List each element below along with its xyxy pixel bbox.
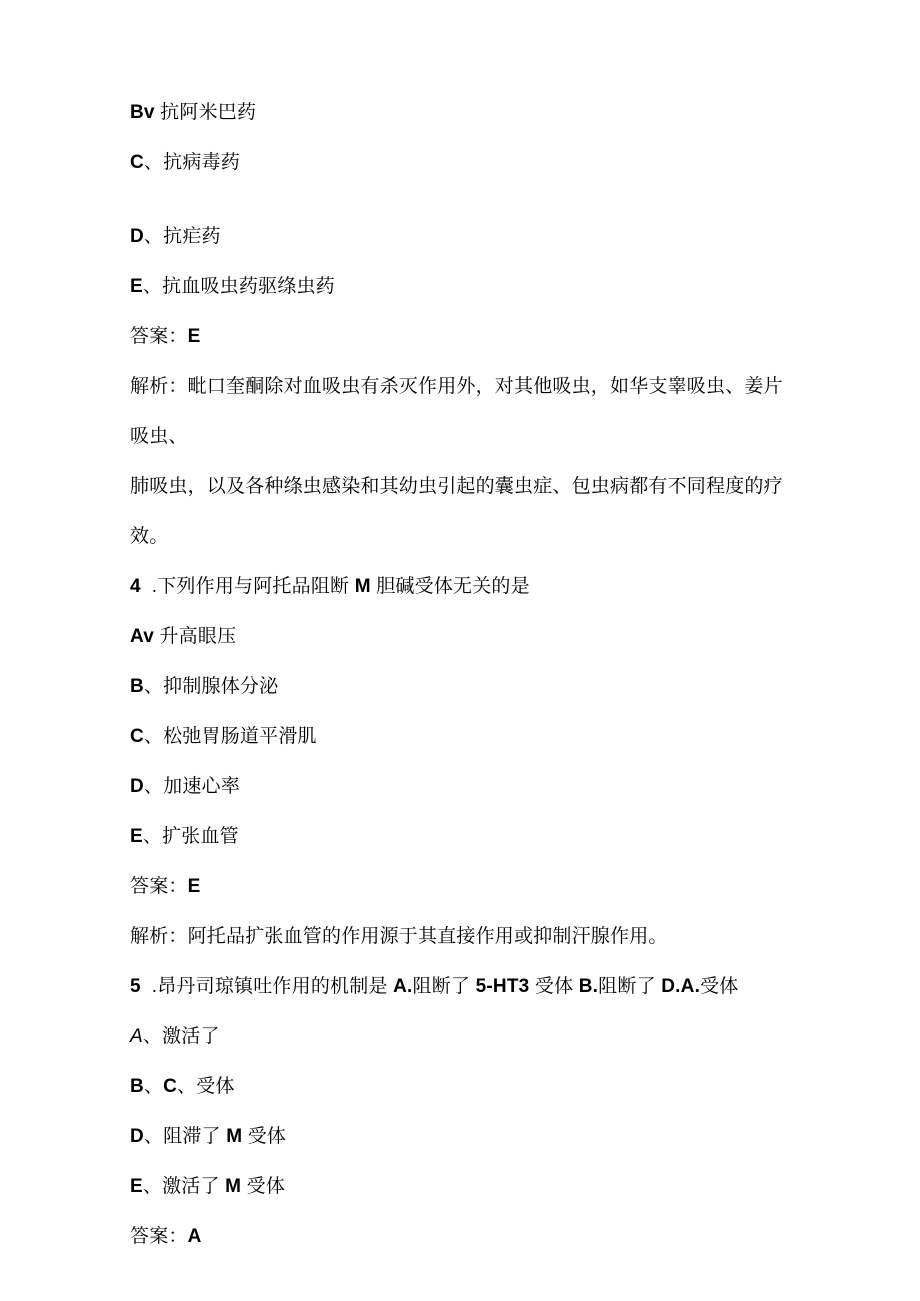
option-text: 、加速心率	[144, 776, 240, 797]
option-text: 升高眼压	[154, 626, 236, 647]
option-text: 、抗血吸虫药驱绦虫药	[143, 276, 335, 297]
stem-text: 阻断了	[598, 976, 661, 997]
option-text: 、激活了	[143, 1026, 220, 1047]
question-3-option-e: E、抗血吸虫药驱绦虫药	[130, 262, 795, 312]
option-text: 抗阿米巴药	[155, 102, 256, 123]
document-page: Bv 抗阿米巴药 C、抗病毒药 D、抗疟药 E、抗血吸虫药驱绦虫药 答案：E 解…	[0, 0, 920, 1301]
option-letter: E	[130, 826, 143, 847]
question-3-answer: 答案：E	[130, 312, 795, 362]
stem-text: .昂丹司琼镇吐作用的机制是	[141, 976, 393, 997]
question-5-stem: 5 .昂丹司琼镇吐作用的机制是 A.阻断了 5-HT3 受体 B.阻断了 D.A…	[130, 962, 795, 1012]
stem-text: 受体	[700, 976, 738, 997]
option-letter: E	[130, 276, 143, 297]
option-letter: Av	[130, 626, 154, 647]
answer-label: 答案：	[130, 876, 188, 897]
stem-text: 阻断了	[413, 976, 476, 997]
option-letter: B	[130, 1076, 144, 1097]
option-letter: D	[130, 226, 144, 247]
option-text: 、抗病毒药	[144, 152, 240, 173]
question-4-option-a: Av 升高眼压	[130, 612, 795, 662]
option-text: 、激活了	[143, 1176, 225, 1197]
explanation-text: 解析：毗口奎酮除对血吸虫有杀灭作用外，对其他吸虫，如华支睾吸虫、姜片吸虫、	[130, 376, 783, 447]
question-number: 5	[130, 976, 141, 997]
option-letter: C	[163, 1076, 177, 1097]
question-3-option-b: Bv 抗阿米巴药	[130, 88, 795, 138]
question-3-option-d: D、抗疟药	[130, 212, 795, 262]
stem-bold-term: A.	[393, 976, 412, 997]
option-letter: D	[130, 776, 144, 797]
stem-bold-term: B.	[579, 976, 598, 997]
option-letter: C	[130, 152, 144, 173]
option-bold-term: M	[225, 1176, 241, 1197]
question-4-answer: 答案：E	[130, 862, 795, 912]
question-4-stem: 4 .下列作用与阿托品阻断 M 胆碱受体无关的是	[130, 562, 795, 612]
option-letter: C	[130, 726, 144, 747]
answer-label: 答案：	[130, 326, 188, 347]
question-5-option-d: D、阻滞了 M 受体	[130, 1112, 795, 1162]
question-3-explanation-line-2: 肺吸虫，以及各种绦虫感染和其幼虫引起的囊虫症、包虫病都有不同程度的疗效。	[130, 462, 795, 562]
option-letter: D	[130, 1126, 144, 1147]
question-4-option-e: E、扩张血管	[130, 812, 795, 862]
option-text: 、抗疟药	[144, 226, 221, 247]
option-text: 、	[144, 1076, 163, 1097]
stem-text: 受体	[529, 976, 578, 997]
option-letter: Bv	[130, 102, 155, 123]
option-text: 、阻滞了	[144, 1126, 226, 1147]
stem-bold-term: M	[355, 576, 371, 597]
option-text: 受体	[241, 1176, 285, 1197]
stem-text: .下列作用与阿托品阻断	[141, 576, 355, 597]
question-4-option-d: D、加速心率	[130, 762, 795, 812]
option-text: 受体	[242, 1126, 286, 1147]
stem-bold-term: 5-HT3	[476, 976, 530, 997]
stem-text: 胆碱受体无关的是	[371, 576, 530, 597]
answer-value: E	[188, 876, 201, 897]
question-5-answer: 答案：A	[130, 1212, 795, 1262]
option-bold-term: M	[226, 1126, 242, 1147]
explanation-text: 肺吸虫，以及各种绦虫感染和其幼虫引起的囊虫症、包虫病都有不同程度的疗效。	[130, 476, 783, 547]
option-text: 、受体	[177, 1076, 235, 1097]
question-5-option-e: E、激活了 M 受体	[130, 1162, 795, 1212]
question-3-option-c: C、抗病毒药	[130, 138, 795, 188]
stem-bold-term: D.A.	[661, 976, 700, 997]
question-4-explanation: 解析：阿托品扩张血管的作用源于其直接作用或抑制汗腺作用。	[130, 912, 795, 962]
answer-value: A	[188, 1226, 202, 1247]
question-5-option-b: B、C、受体	[130, 1062, 795, 1112]
answer-value: E	[188, 326, 201, 347]
answer-label: 答案：	[130, 1226, 188, 1247]
option-text: 、扩张血管	[143, 826, 239, 847]
option-text: 、抑制腺体分泌	[144, 676, 278, 697]
question-4-option-c: C、松弛胃肠道平滑肌	[130, 712, 795, 762]
question-number: 4	[130, 576, 141, 597]
option-letter: E	[130, 1176, 143, 1197]
question-5-option-a: A、激活了	[130, 1012, 795, 1062]
option-text: 、松弛胃肠道平滑肌	[144, 726, 317, 747]
document-body: Bv 抗阿米巴药 C、抗病毒药 D、抗疟药 E、抗血吸虫药驱绦虫药 答案：E 解…	[0, 0, 920, 1262]
question-4-option-b: B、抑制腺体分泌	[130, 662, 795, 712]
option-letter: B	[130, 676, 144, 697]
option-letter: A	[130, 1026, 143, 1047]
question-3-explanation-line-1: 解析：毗口奎酮除对血吸虫有杀灭作用外，对其他吸虫，如华支睾吸虫、姜片吸虫、	[130, 362, 795, 462]
explanation-text: 解析：阿托品扩张血管的作用源于其直接作用或抑制汗腺作用。	[130, 926, 668, 947]
